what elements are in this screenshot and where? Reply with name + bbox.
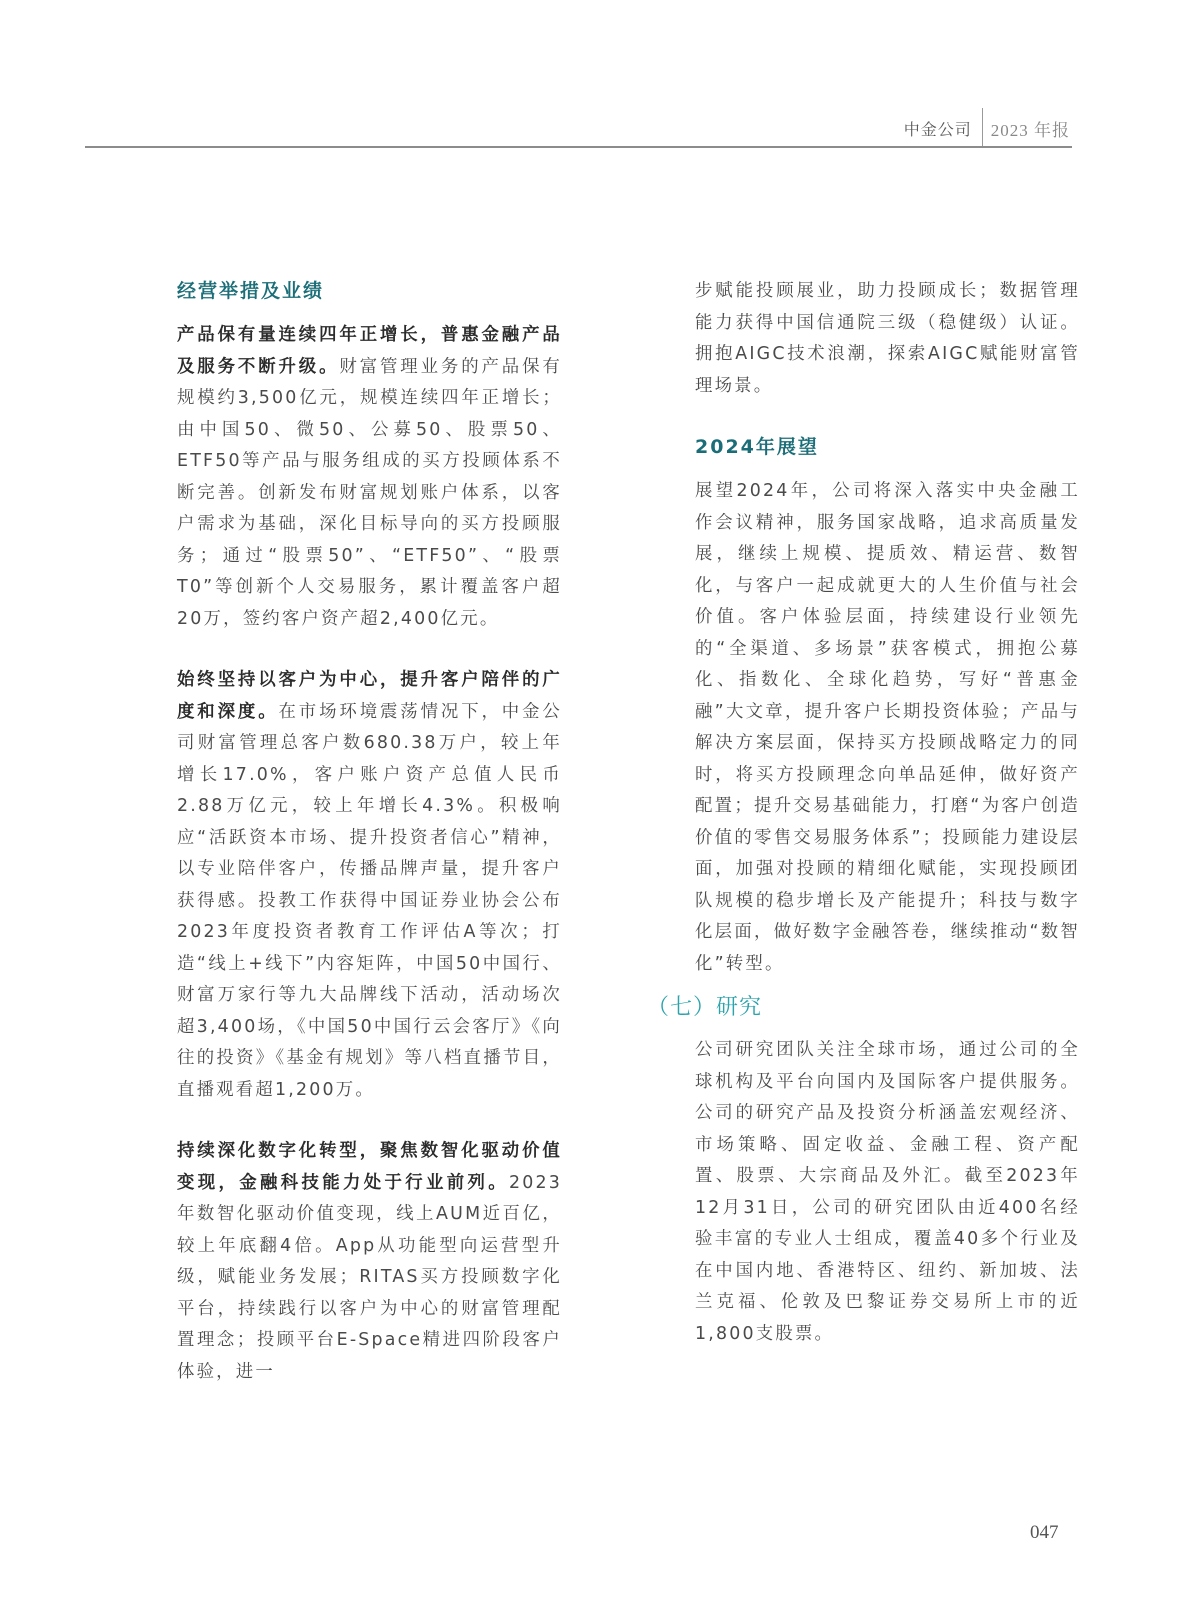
paragraph-lead: 持续深化数字化转型，聚焦数智化驱动价值变现，金融科技能力处于行业前列。: [177, 1141, 562, 1193]
paragraph-customer-centric: 始终坚持以客户为中心，提升客户陪伴的广度和深度。在市场环境震荡情况下，中金公司财…: [177, 665, 562, 1106]
paragraph-continued: 步赋能投顾展业，助力投顾成长；数据管理能力获得中国信通院三级（稳健级）认证。拥抱…: [695, 276, 1080, 402]
paragraph-research: 公司研究团队关注全球市场，通过公司的全球机构及平台向国内及国际客户提供服务。公司…: [695, 1035, 1080, 1350]
section-heading-outlook: 2024年展望: [695, 432, 1080, 462]
section-heading-operations: 经营举措及业绩: [177, 276, 562, 306]
paragraph-product-holdings: 产品保有量连续四年正增长，普惠金融产品及服务不断升级。财富管理业务的产品保有规模…: [177, 320, 562, 635]
paragraph-outlook: 展望2024年，公司将深入落实中央金融工作会议精神，服务国家战略，追求高质量发展…: [695, 476, 1080, 980]
header-rule: [85, 146, 1072, 148]
paragraph-digital-transformation: 持续深化数字化转型，聚焦数智化驱动价值变现，金融科技能力处于行业前列。2023年…: [177, 1136, 562, 1388]
company-name: 中金公司: [904, 117, 982, 140]
report-title: 2023 年报: [983, 116, 1070, 141]
page-number: 047: [1030, 1522, 1059, 1544]
paragraph-body: 财富管理业务的产品保有规模约3,500亿元，规模连续四年正增长；由中国50、微5…: [177, 357, 562, 629]
paragraph-body: 在市场环境震荡情况下，中金公司财富管理总客户数680.38万户，较上年增长17.…: [177, 702, 562, 1100]
right-column: 步赋能投顾展业，助力投顾成长；数据管理能力获得中国信通院三级（稳健级）认证。拥抱…: [695, 276, 1080, 980]
page-header: 中金公司 2023 年报: [904, 106, 1070, 150]
research-column: 公司研究团队关注全球市场，通过公司的全球机构及平台向国内及国际客户提供服务。公司…: [695, 1035, 1080, 1350]
left-column: 经营举措及业绩 产品保有量连续四年正增长，普惠金融产品及服务不断升级。财富管理业…: [177, 276, 562, 1388]
section-heading-research: （七）研究: [647, 990, 762, 1021]
paragraph-body: 2023年数智化驱动价值变现，线上AUM近百亿，较上年底翻4倍。App从功能型向…: [177, 1173, 562, 1382]
